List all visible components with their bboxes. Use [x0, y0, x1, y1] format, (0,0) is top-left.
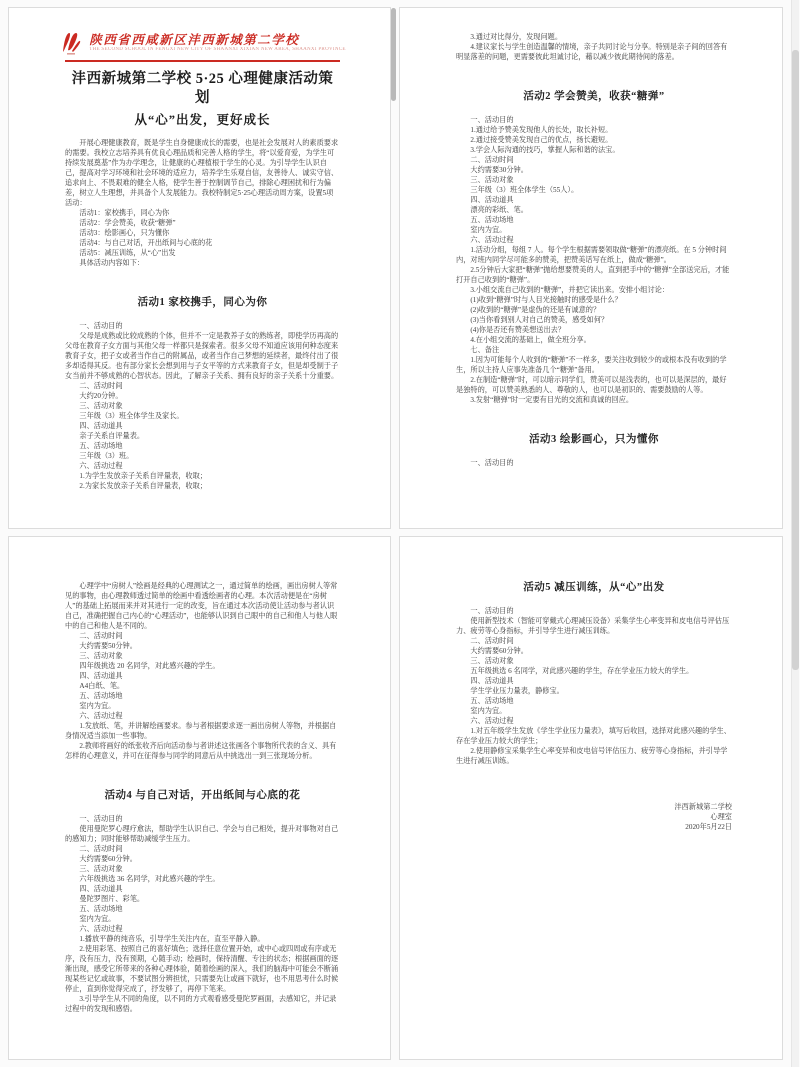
school-name-cn: 陕西省西咸新区沣西新城第二学校	[89, 33, 346, 47]
paragraph: 五、活动场地	[65, 904, 340, 914]
paragraph: 六、活动过程	[65, 461, 340, 471]
paragraph: 2.通过接受赞美发现自己的优点，扬长避短。	[456, 135, 732, 145]
paragraph: 2.为家长发放亲子关系自评量表，收取；	[65, 481, 340, 491]
page-2-content: 3.通过对比得分，发现问题。4.建议家长与学生创造温馨的情境，亲子共同讨论与分享…	[456, 32, 732, 468]
paragraph: (4)你是否还有赞美想送出去？	[456, 325, 732, 335]
school-logo-icon	[59, 30, 83, 56]
paragraph: 大约需要30分钟。	[456, 165, 732, 175]
paragraph: 五、活动场地	[65, 441, 340, 451]
signature-line: 沣西新城第二学校	[456, 802, 732, 812]
paragraph: 具体活动内容如下：	[65, 258, 340, 268]
paragraph: 四、活动道具	[456, 676, 732, 686]
paragraph: 一、活动目的	[456, 115, 732, 125]
paragraph: 四、活动道具	[65, 884, 340, 894]
activity-heading: 活动4 与自己对话，开出纸间与心底的花	[65, 789, 340, 802]
paragraph: 三、活动对象	[456, 656, 732, 666]
vertical-scrollbar-track[interactable]	[791, 0, 799, 1067]
paragraph: A4白纸、笔。	[65, 681, 340, 691]
paragraph: 3.发射“糖弹”时一定要有目光的交流和真诚的回应。	[456, 395, 732, 405]
paragraph: (3)当你看到别人对自己的赞美，感受如何？	[456, 315, 732, 325]
paragraph: 二、活动时间	[456, 636, 732, 646]
activity-heading: 活动1 家校携手，同心为你	[65, 296, 340, 309]
paragraph: 亲子关系自评量表。	[65, 431, 340, 441]
paragraph: 1.发放纸、笔，并讲解绘画要求。参与者根据要求逐一画出房树人等物，并根据自身情况…	[65, 721, 340, 741]
paragraph: 三年级（3）班全体学生（55人）。	[456, 185, 732, 195]
paragraph: 活动5：减压训练，从“心”出发	[65, 248, 340, 258]
paragraph: 四、活动道具	[65, 671, 340, 681]
paragraph: 五、活动场地	[456, 696, 732, 706]
paragraph: 室内为宜。	[456, 225, 732, 235]
document-subtitle: 从“心”出发，更好成长	[65, 112, 340, 129]
paragraph: 七、备注	[456, 345, 732, 355]
paragraph: 大约需要60分钟。	[65, 854, 340, 864]
paragraph: 1.对五年级学生发放《学生学业压力量表》，填写后收回，选择对此感兴趣的学生、存在…	[456, 726, 732, 746]
page-1-content: 沣西新城第二学校 5·25 心理健康活动策划从“心”出发，更好成长开展心理健康教…	[65, 70, 340, 491]
paragraph: 1.因为可能每个人收到的“糖弹”不一样多，要关注收到较少的或根本没有收到的学生，…	[456, 355, 732, 375]
paragraph: 四、活动道具	[65, 421, 340, 431]
paragraph: 大约20分钟。	[65, 391, 340, 401]
paragraph: 室内为宜。	[65, 914, 340, 924]
vertical-scrollbar-thumb[interactable]	[792, 50, 799, 670]
paragraph: 六、活动过程	[65, 924, 340, 934]
paragraph: 三、活动对象	[65, 864, 340, 874]
paragraph: 二、活动时间	[456, 155, 732, 165]
paragraph: 三、活动对象	[456, 175, 732, 185]
paragraph: 一、活动目的	[65, 321, 340, 331]
paragraph: 五、活动场地	[456, 215, 732, 225]
paragraph: 活动1：家校携手，同心为你	[65, 208, 340, 218]
paragraph: 三年级（3）班全体学生及家长。	[65, 411, 340, 421]
paragraph: 学生学业压力量表，静修宝。	[456, 686, 732, 696]
paragraph: 一、活动目的	[456, 606, 732, 616]
activity-heading: 活动5 减压训练，从“心”出发	[456, 581, 732, 594]
paragraph: 四年级挑选 20 名同学，对此感兴趣的学生。	[65, 661, 340, 671]
paragraph: 四、活动道具	[456, 195, 732, 205]
paragraph: 漂亮的彩纸、笔。	[456, 205, 732, 215]
document-title: 沣西新城第二学校 5·25 心理健康活动策划	[65, 70, 340, 108]
paragraph: 4.建议家长与学生创造温馨的情境，亲子共同讨论与分享。特别是亲子间的回答有明显落…	[456, 42, 732, 62]
document-viewer: 陕西省西咸新区沣西新城第二学校 THE SECOND SCHOOL IN FEN…	[0, 0, 800, 1067]
activity-heading: 活动3 绘影画心，只为懂你	[456, 433, 732, 446]
paragraph: 活动4：与自己对话，开出纸间与心底的花	[65, 238, 340, 248]
letterhead-divider	[65, 60, 340, 62]
paragraph: 2.教师将画好的纸张收齐后向活动参与者讲述这张画各个事物所代表的含义、具有怎样的…	[65, 741, 340, 761]
document-page-4: 活动5 减压训练，从“心”出发一、活动目的使用新型技术（智能可穿戴式心理减压设备…	[399, 536, 783, 1060]
paragraph: 使用曼陀罗心理疗愈法，帮助学生认识自己、学会与自己相处，提升对事物对自己的感知力…	[65, 824, 340, 844]
paragraph: 3.学会人际沟通的技巧，掌握人际和谐的法宝。	[456, 145, 732, 155]
paragraph: 1.通过给予赞美发现他人的长处，取长补短。	[456, 125, 732, 135]
activity-heading: 活动2 学会赞美，收获“糖弹”	[456, 90, 732, 103]
page-4-content: 活动5 减压训练，从“心”出发一、活动目的使用新型技术（智能可穿戴式心理减压设备…	[456, 581, 732, 832]
paragraph: 大约需要60分钟。	[456, 646, 732, 656]
paragraph: 五年级挑选 6 名同学，对此感兴趣的学生，存在学业压力较大的学生。	[456, 666, 732, 676]
paragraph: (1)收到“糖弹”时与人目光接触时的感受是什么？	[456, 295, 732, 305]
school-name-block: 陕西省西咸新区沣西新城第二学校 THE SECOND SCHOOL IN FEN…	[89, 33, 346, 53]
document-page-1: 陕西省西咸新区沣西新城第二学校 THE SECOND SCHOOL IN FEN…	[8, 7, 391, 529]
paragraph: 二、活动时间	[65, 631, 340, 641]
paragraph: 2.5分钟后大家把“糖弹”抛给想要赞美的人，直到把手中的“糖弹”全部送完后，才能…	[456, 265, 732, 285]
paragraph: 2.在制造“糖弹”时，可以暗示同学们，赞美可以是浅表的，也可以是深层的，最好是独…	[456, 375, 732, 395]
document-page-3: 心理学中“房树人”绘画是经典的心理测试之一，通过简单的绘画，画出房树人等常见的事…	[8, 536, 391, 1060]
paragraph: 开展心理健康教育，既是学生自身健康成长的需要，也是社会发展对人的素质要求的需要。…	[65, 138, 340, 208]
signature-line: 2020年5月22日	[456, 822, 732, 832]
paragraph: 六年级挑选 36 名同学，对此感兴趣的学生。	[65, 874, 340, 884]
paragraph: 使用新型技术（智能可穿戴式心理减压设备）采集学生心率变异和皮电信号评估压力、疲劳…	[456, 616, 732, 636]
paragraph: 室内为宜。	[65, 701, 340, 711]
paragraph: 3.通过对比得分，发现问题。	[456, 32, 732, 42]
paragraph: 三、活动对象	[65, 651, 340, 661]
paragraph: 一、活动目的	[456, 458, 732, 468]
paragraph: 曼陀罗图片、彩笔。	[65, 894, 340, 904]
document-page-2: 3.通过对比得分，发现问题。4.建议家长与学生创造温馨的情境，亲子共同讨论与分享…	[399, 7, 783, 529]
paragraph: 三、活动对象	[65, 401, 340, 411]
paragraph: 五、活动场地	[65, 691, 340, 701]
paragraph: 二、活动时间	[65, 844, 340, 854]
paragraph: 3.引导学生从不同的角度，以不同的方式观看感受曼陀罗画面，去感知它，并记录过程中…	[65, 994, 340, 1014]
signature-line: 心理室	[456, 812, 732, 822]
paragraph: 4.在小组交流的基础上，做全班分享。	[456, 335, 732, 345]
school-letterhead: 陕西省西咸新区沣西新城第二学校 THE SECOND SCHOOL IN FEN…	[65, 30, 340, 56]
paragraph: (2)收到的“糖弹”是虚伪的还是有诚意的？	[456, 305, 732, 315]
paragraph: 六、活动过程	[456, 716, 732, 726]
paragraph: 大约需要50分钟。	[65, 641, 340, 651]
paragraph: 室内为宜。	[456, 706, 732, 716]
paragraph: 2.使用彩笔、按照自己的喜好填色；选择任意位置开始，或中心或四周或有序或无序，没…	[65, 944, 340, 994]
paragraph: 活动2：学会赞美，收获“糖弹”	[65, 218, 340, 228]
paragraph: 1.为学生发放亲子关系自评量表，收取；	[65, 471, 340, 481]
paragraph: 一、活动目的	[65, 814, 340, 824]
paragraph: 1.活动分组，每组 7 人。每个学生根据需要领取做“糖弹”的漂亮纸。在 5 分钟…	[456, 245, 732, 265]
paragraph: 活动3：绘影画心，只为懂你	[65, 228, 340, 238]
paragraph: 三年级（3）班。	[65, 451, 340, 461]
paragraph: 父母是成熟或比较成熟的个体，但并不一定是教养子女的熟练者，即使学历再高的父母在教…	[65, 331, 340, 381]
inner-scrollbar-thumb[interactable]	[391, 8, 396, 101]
paragraph: 1.播放平静的纯音乐，引导学生关注内在，直至平静入静。	[65, 934, 340, 944]
paragraph: 2.使用静修宝采集学生心率变异和皮电信号评估压力、疲劳等心身指标，并引导学生进行…	[456, 746, 732, 766]
school-name-en: THE SECOND SCHOOL IN FENGXI NEW CITY OF …	[89, 47, 346, 53]
paragraph: 3.小组交流自己收到的“糖弹”，并把它读出来。安排小组讨论：	[456, 285, 732, 295]
paragraph: 心理学中“房树人”绘画是经典的心理测试之一，通过简单的绘画，画出房树人等常见的事…	[65, 581, 340, 631]
paragraph: 二、活动时间	[65, 381, 340, 391]
page-3-content: 心理学中“房树人”绘画是经典的心理测试之一，通过简单的绘画，画出房树人等常见的事…	[65, 581, 340, 1014]
paragraph: 六、活动过程	[65, 711, 340, 721]
paragraph: 六、活动过程	[456, 235, 732, 245]
